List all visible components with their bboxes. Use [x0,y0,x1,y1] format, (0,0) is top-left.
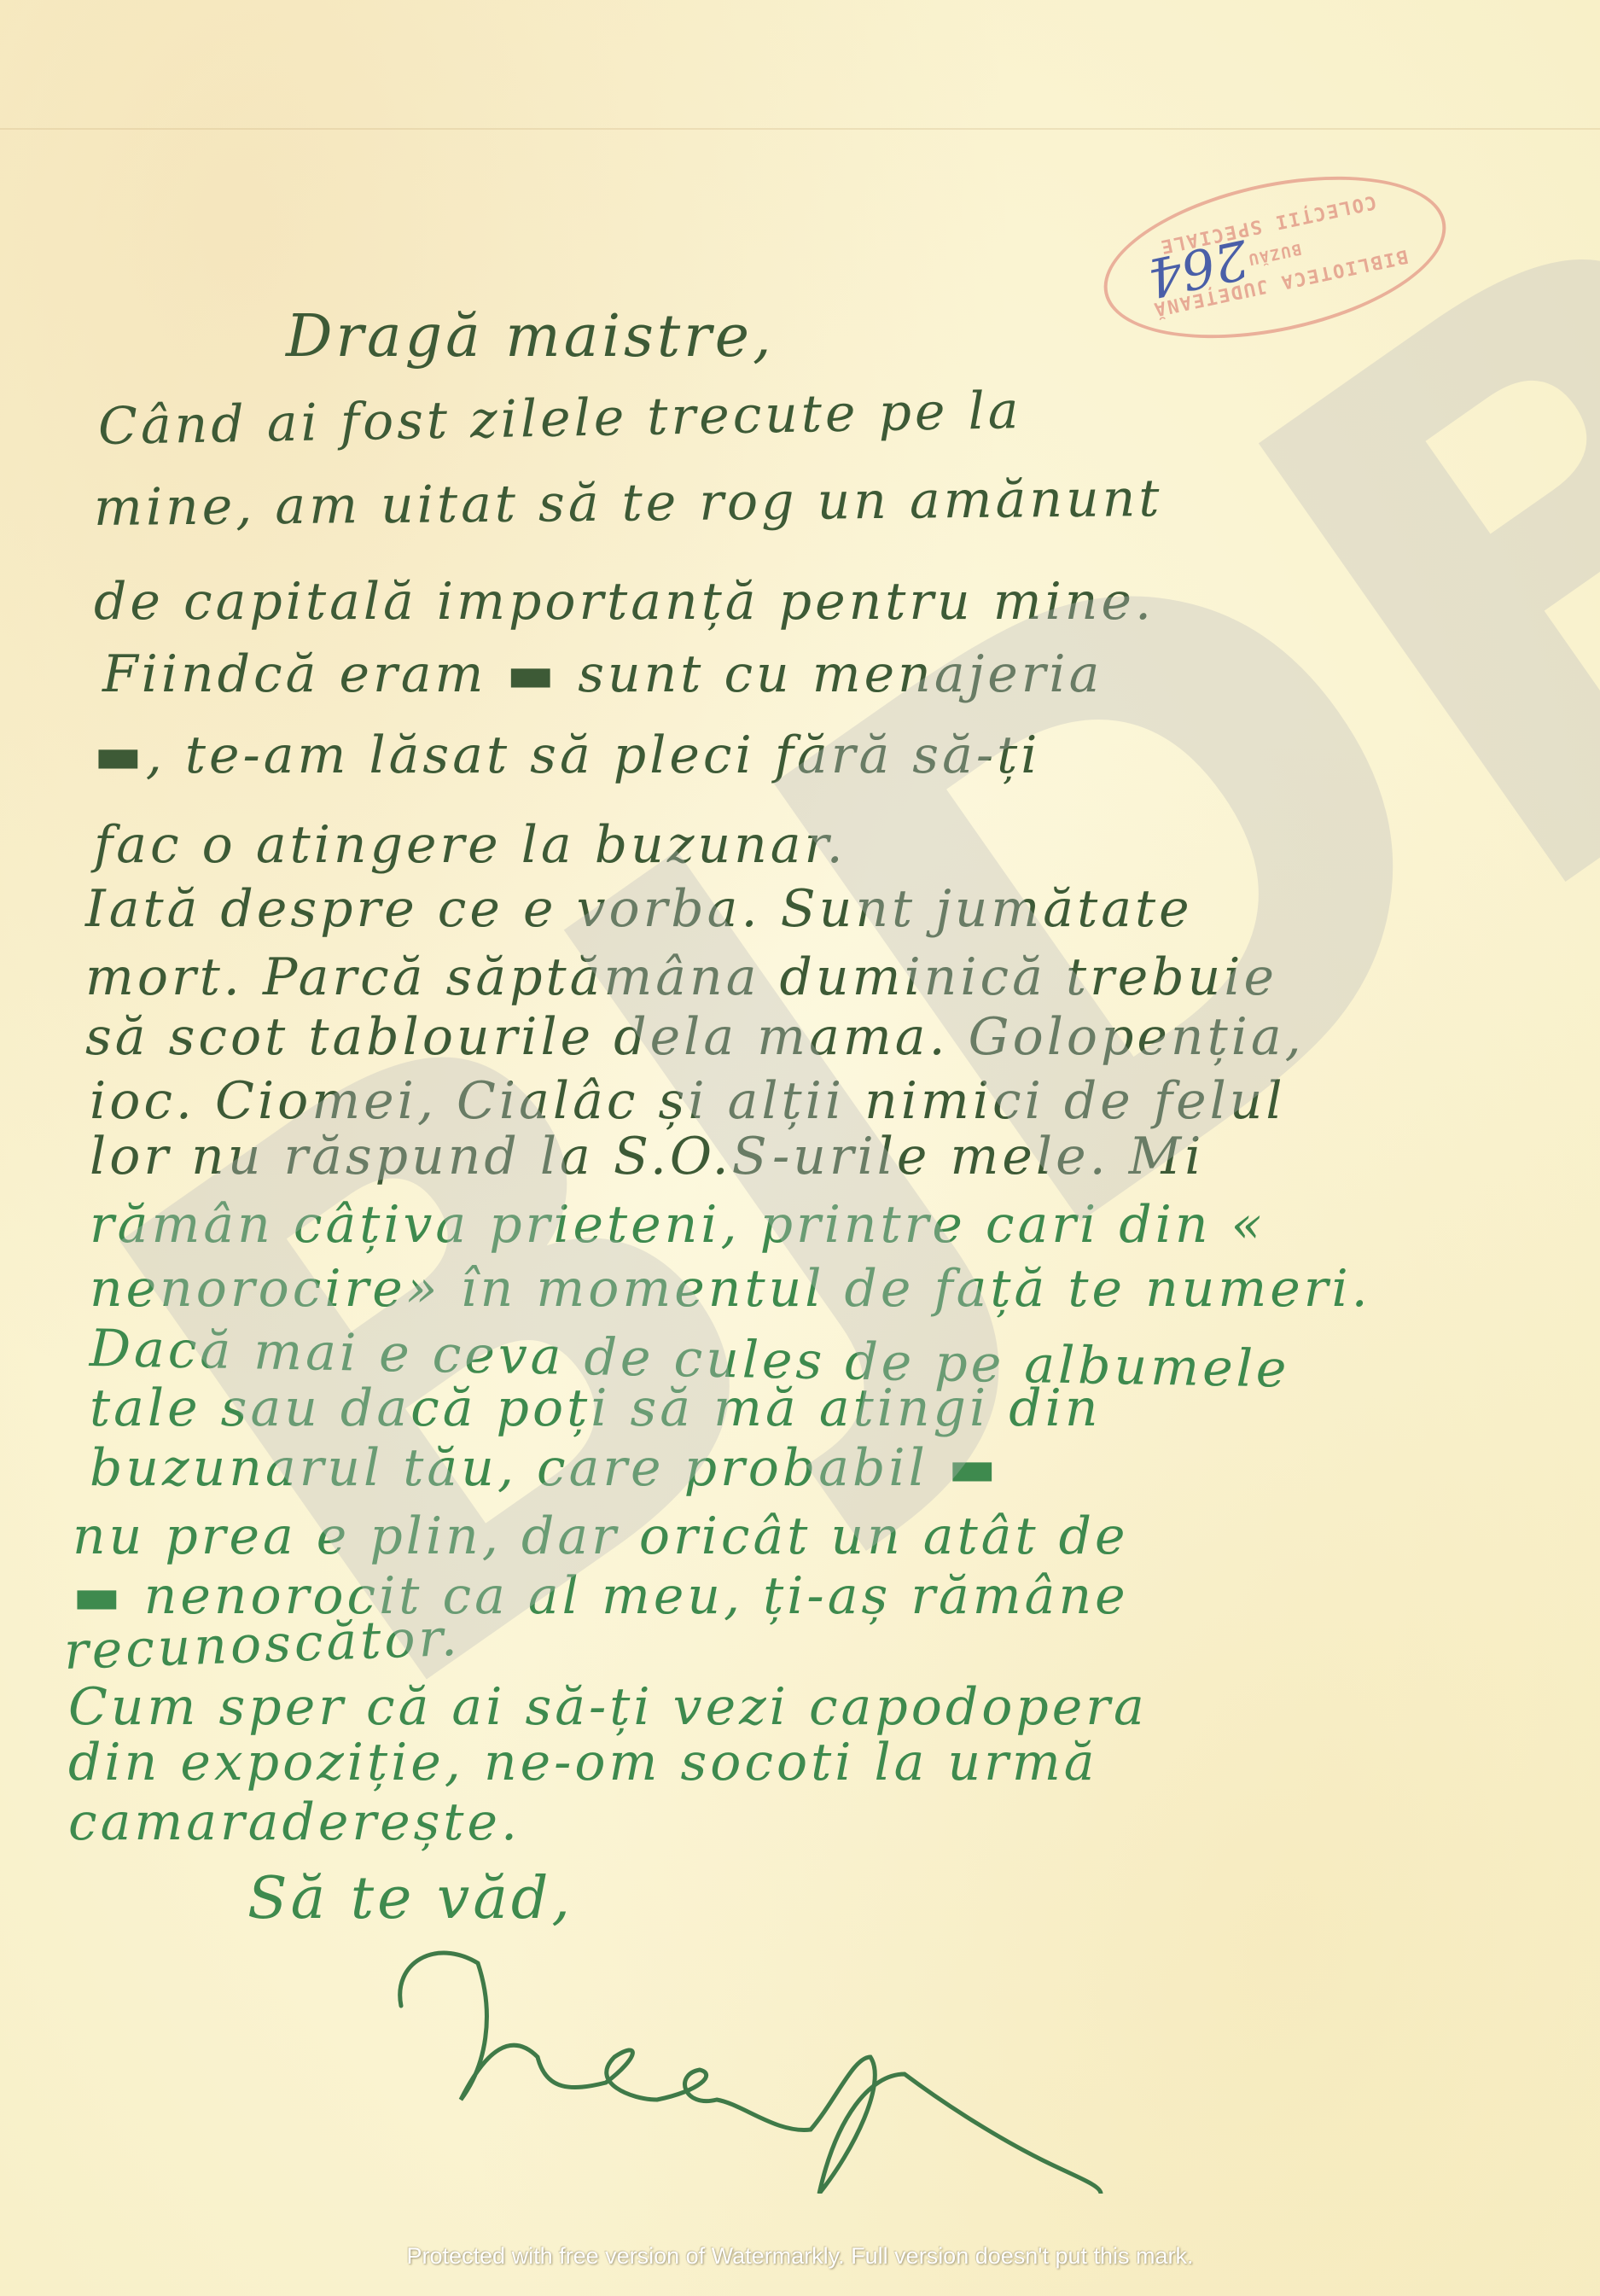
letter-line: din expoziție, ne-om socoti la urmă [68,1733,1098,1792]
letter-line: nenorocire» în momentul de față te numer… [90,1259,1371,1319]
letter-salutation: Dragă maistre, [286,303,775,370]
letter-line: de capitală importanță pentru mine. [94,572,1155,632]
letter-line: recunoscător. [63,1608,462,1681]
letter-line: buzunarul tău, care probabil ▬ [90,1438,1000,1498]
signature-neagu [375,1946,1459,2194]
watermarkly-footer-notice: Protected with free version of Watermark… [0,2243,1600,2270]
letter-closing: Să te văd, [247,1865,573,1932]
letter-line: mine, am uitat să te rog un amănunt [94,469,1163,538]
letter-line: fac o atingere la buzunar. [94,815,847,875]
letter-line: Cum sper că ai să-ți vezi capodopera [68,1677,1148,1737]
letter-line: tale sau dacă poți să mă atingi din [90,1378,1101,1438]
letter-line: Fiindcă eram ▬ sunt cu menajeria [102,644,1103,704]
letter-line: camaraderește. [68,1792,521,1852]
letter-line: rămân câțiva prieteni, printre cari din … [90,1195,1265,1255]
letter-line: mort. Parcă săptămâna duminică trebuie [85,947,1277,1007]
letter-line: Când ai fost zilele trecute pe la [97,381,1022,457]
letter-body: Dragă maistre, Când ai fost zilele trecu… [0,0,1600,2296]
letter-line: să scot tablourile dela mama. Golopenția… [85,1007,1305,1067]
letter-line: ioc. Ciomei, Cialâc și alții nimici de f… [90,1071,1286,1131]
letter-line: ▬, te-am lăsat să pleci fără să-ți [94,726,1040,785]
letter-line: Iată despre ce e vorba. Sunt jumătate [85,879,1193,939]
letter-line: lor nu răspund la S.O.S-urile mele. Mi [90,1127,1204,1186]
letter-line: nu prea e plin, dar oricât un atât de [73,1506,1129,1566]
